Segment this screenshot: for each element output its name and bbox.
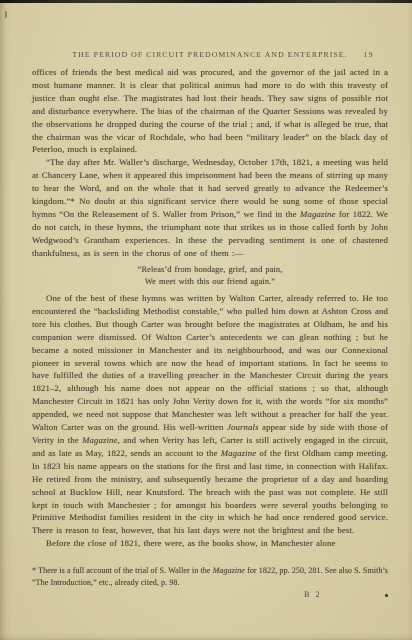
paper-speck xyxy=(385,594,388,597)
paragraph: “The day after Mr. Waller’s discharge, W… xyxy=(32,156,388,259)
page-body: offices of friends the best medical aid … xyxy=(32,66,388,550)
hymn-verse: “Releas’d from bondage, grief, and pain,… xyxy=(32,264,388,288)
running-header-title: THE PERIOD OF CIRCUIT PREDOMINANCE AND E… xyxy=(72,50,347,59)
verse-line: “Releas’d from bondage, grief, and pain, xyxy=(32,264,388,276)
paragraph: Before the close of 1821, there were, as… xyxy=(32,537,388,550)
footnote: * There is a full account of the trial o… xyxy=(32,565,388,589)
paragraph: offices of friends the best medical aid … xyxy=(32,66,388,156)
book-page: THE PERIOD OF CIRCUIT PREDOMINANCE AND E… xyxy=(0,0,412,640)
paper-speck xyxy=(5,11,7,18)
running-header: THE PERIOD OF CIRCUIT PREDOMINANCE AND E… xyxy=(32,50,388,59)
page-number: 19 xyxy=(363,50,374,59)
verse-line: We meet with this our friend again.” xyxy=(32,276,388,288)
printer-signature: B 2 xyxy=(32,590,388,599)
paragraph: One of the best of these hymns was writt… xyxy=(32,292,388,537)
